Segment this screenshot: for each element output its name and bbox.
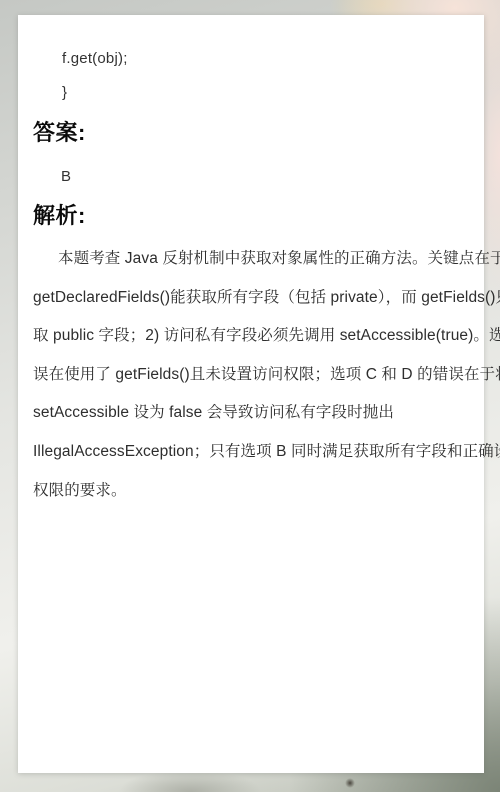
analysis-paragraph: 本题考查 Java 反射机制中获取对象属性的正确方法。关键点在于：1) getD…: [33, 240, 475, 510]
analysis-line: 本题考查 Java 反射机制中获取对象属性的正确方法。关键点在于：1): [33, 240, 475, 279]
analysis-line: 误在使用了 getFields()且未设置访问权限；选项 C 和 D 的错误在于…: [33, 356, 475, 395]
analysis-line: setAccessible 设为 false 会导致访问私有字段时抛出: [33, 394, 475, 433]
document-page: f.get(obj); } 答案: B 解析: 本题考查 Java 反射机制中获…: [18, 15, 484, 773]
answer-heading: 答案:: [33, 121, 86, 145]
analysis-line: IllegalAccessException；只有选项 B 同时满足获取所有字段…: [33, 433, 475, 472]
code-line: f.get(obj);: [62, 49, 128, 69]
code-line: }: [62, 83, 67, 103]
analysis-line: 权限的要求。: [33, 472, 475, 511]
answer-value: B: [61, 168, 71, 186]
analysis-heading: 解析:: [33, 204, 86, 228]
analysis-line: getDeclaredFields()能获取所有字段（包括 private），而…: [33, 279, 475, 318]
analysis-line: 取 public 字段；2) 访问私有字段必须先调用 setAccessible…: [33, 317, 475, 356]
